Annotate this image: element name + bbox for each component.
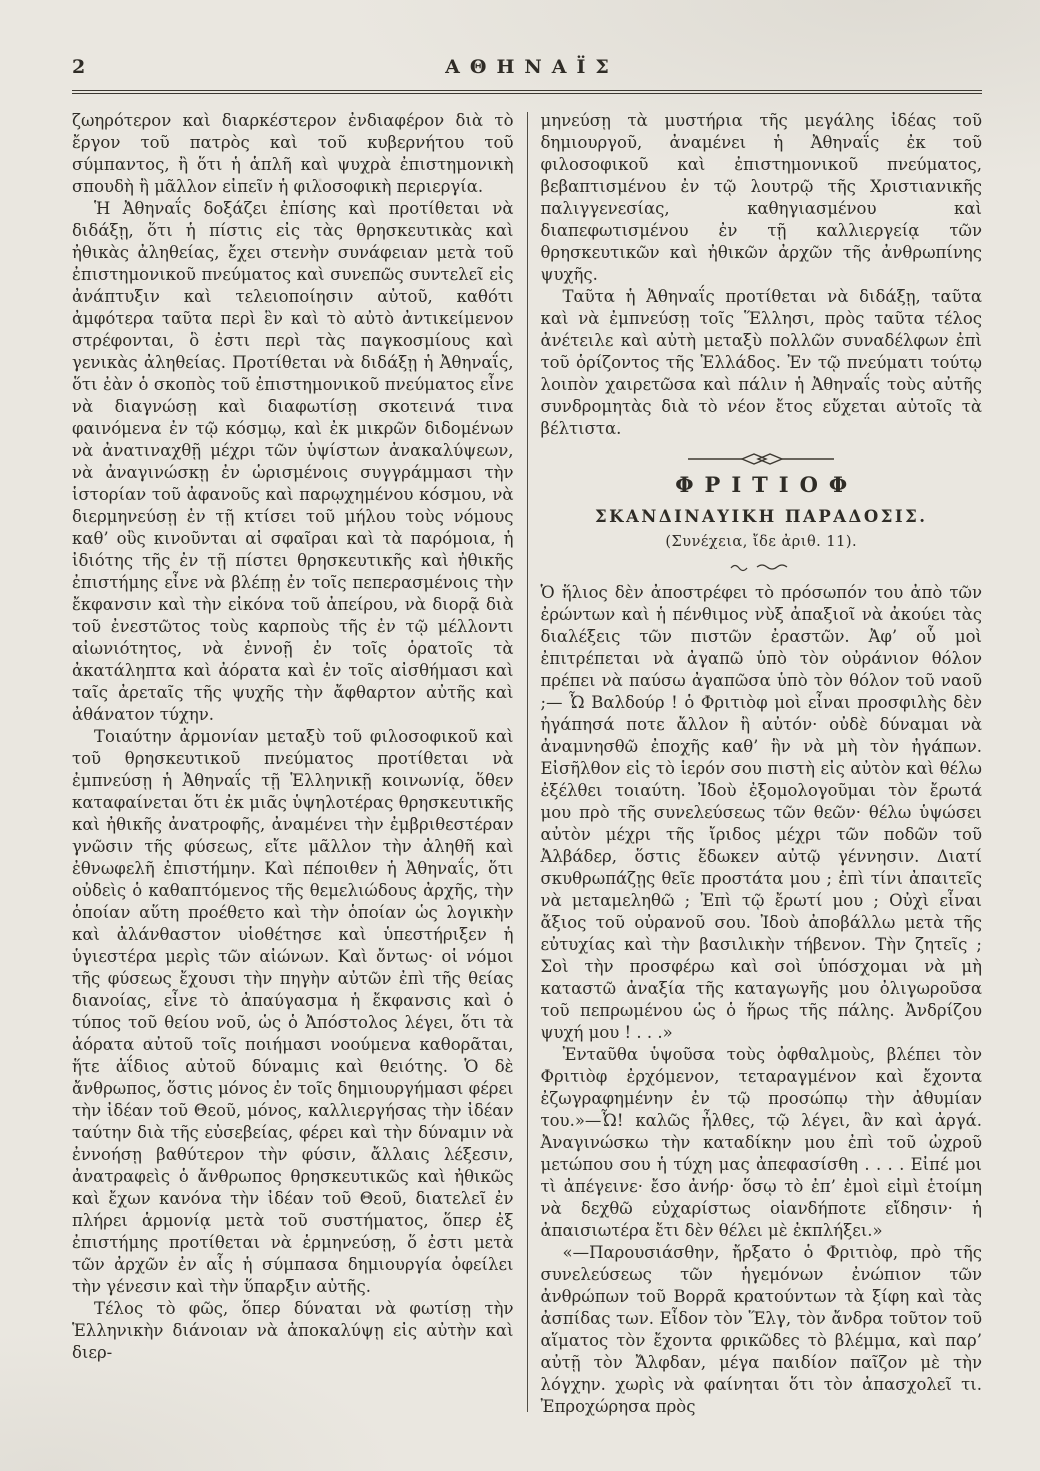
section-continuation-note: (Συνέχεια, ἴδε ἀριθ. 11).	[541, 534, 983, 550]
page-header: 2 ΑΘΗΝΑΪΣ	[72, 56, 982, 78]
paragraph: μηνεύσῃ τὰ μυστήρια τῆς μεγάλης ἰδέας το…	[541, 110, 983, 286]
right-column-intro: μηνεύσῃ τὰ μυστήρια τῆς μεγάλης ἰδέας το…	[541, 110, 983, 440]
story-body: Ὁ ἥλιος δὲν ἀποστρέφει τὸ πρόσωπόν του ἀ…	[541, 582, 983, 1418]
paragraph: Ἐνταῦθα ὑψοῦσα τοὺς ὀφθαλμοὺς, βλέπει τὸ…	[541, 1044, 983, 1242]
header-rule	[72, 90, 982, 94]
column-divider-rule	[527, 112, 528, 1412]
right-column: μηνεύσῃ τὰ μυστήρια τῆς μεγάλης ἰδέας το…	[541, 110, 983, 1418]
paragraph: Ὁ ἥλιος δὲν ἀποστρέφει τὸ πρόσωπόν του ἀ…	[541, 582, 983, 1044]
paragraph: Ταῦτα ἡ Ἀθηναΐς προτίθεται νὰ διδάξῃ, τα…	[541, 286, 983, 440]
masthead-title: ΑΘΗΝΑΪΣ	[435, 56, 619, 78]
newspaper-page: 2 ΑΘΗΝΑΪΣ ζωηρότερον καὶ διαρκέστερον ἐν…	[0, 0, 1040, 1471]
paragraph: «—Παρουσιάσθην, ἤρξατο ὁ Φριτιὸφ, πρὸ τῆ…	[541, 1242, 983, 1418]
paragraph: Ἡ Ἀθηναΐς δοξάζει ἐπίσης καὶ προτίθεται …	[72, 198, 514, 726]
paragraph: Τοιαύτην ἁρμονίαν μεταξὺ τοῦ φιλοσοφικοῦ…	[72, 726, 514, 1298]
page-number: 2	[72, 56, 85, 78]
diamond-chain-ornament-icon	[686, 452, 836, 466]
section-title: ΦΡΙΤΙΟΦ	[541, 472, 983, 497]
paragraph: Τέλος τὸ φῶς, ὅπερ δύναται νὰ φωτίσῃ τὴν…	[72, 1298, 514, 1364]
section-heading: ΦΡΙΤΙΟΦ ΣΚΑΝΔΙΝΑΥΙΚΗ ΠΑΡΑΔΟΣΙΣ. (Συνέχει…	[541, 452, 983, 572]
paragraph: ζωηρότερον καὶ διαρκέστερον ἐνδιαφέρον δ…	[72, 110, 514, 198]
left-column: ζωηρότερον καὶ διαρκέστερον ἐνδιαφέρον δ…	[72, 110, 514, 1418]
section-subtitle: ΣΚΑΝΔΙΝΑΥΙΚΗ ΠΑΡΑΔΟΣΙΣ.	[541, 507, 983, 526]
squiggle-ornament-icon	[729, 562, 793, 572]
text-columns: ζωηρότερον καὶ διαρκέστερον ἐνδιαφέρον δ…	[72, 110, 982, 1418]
